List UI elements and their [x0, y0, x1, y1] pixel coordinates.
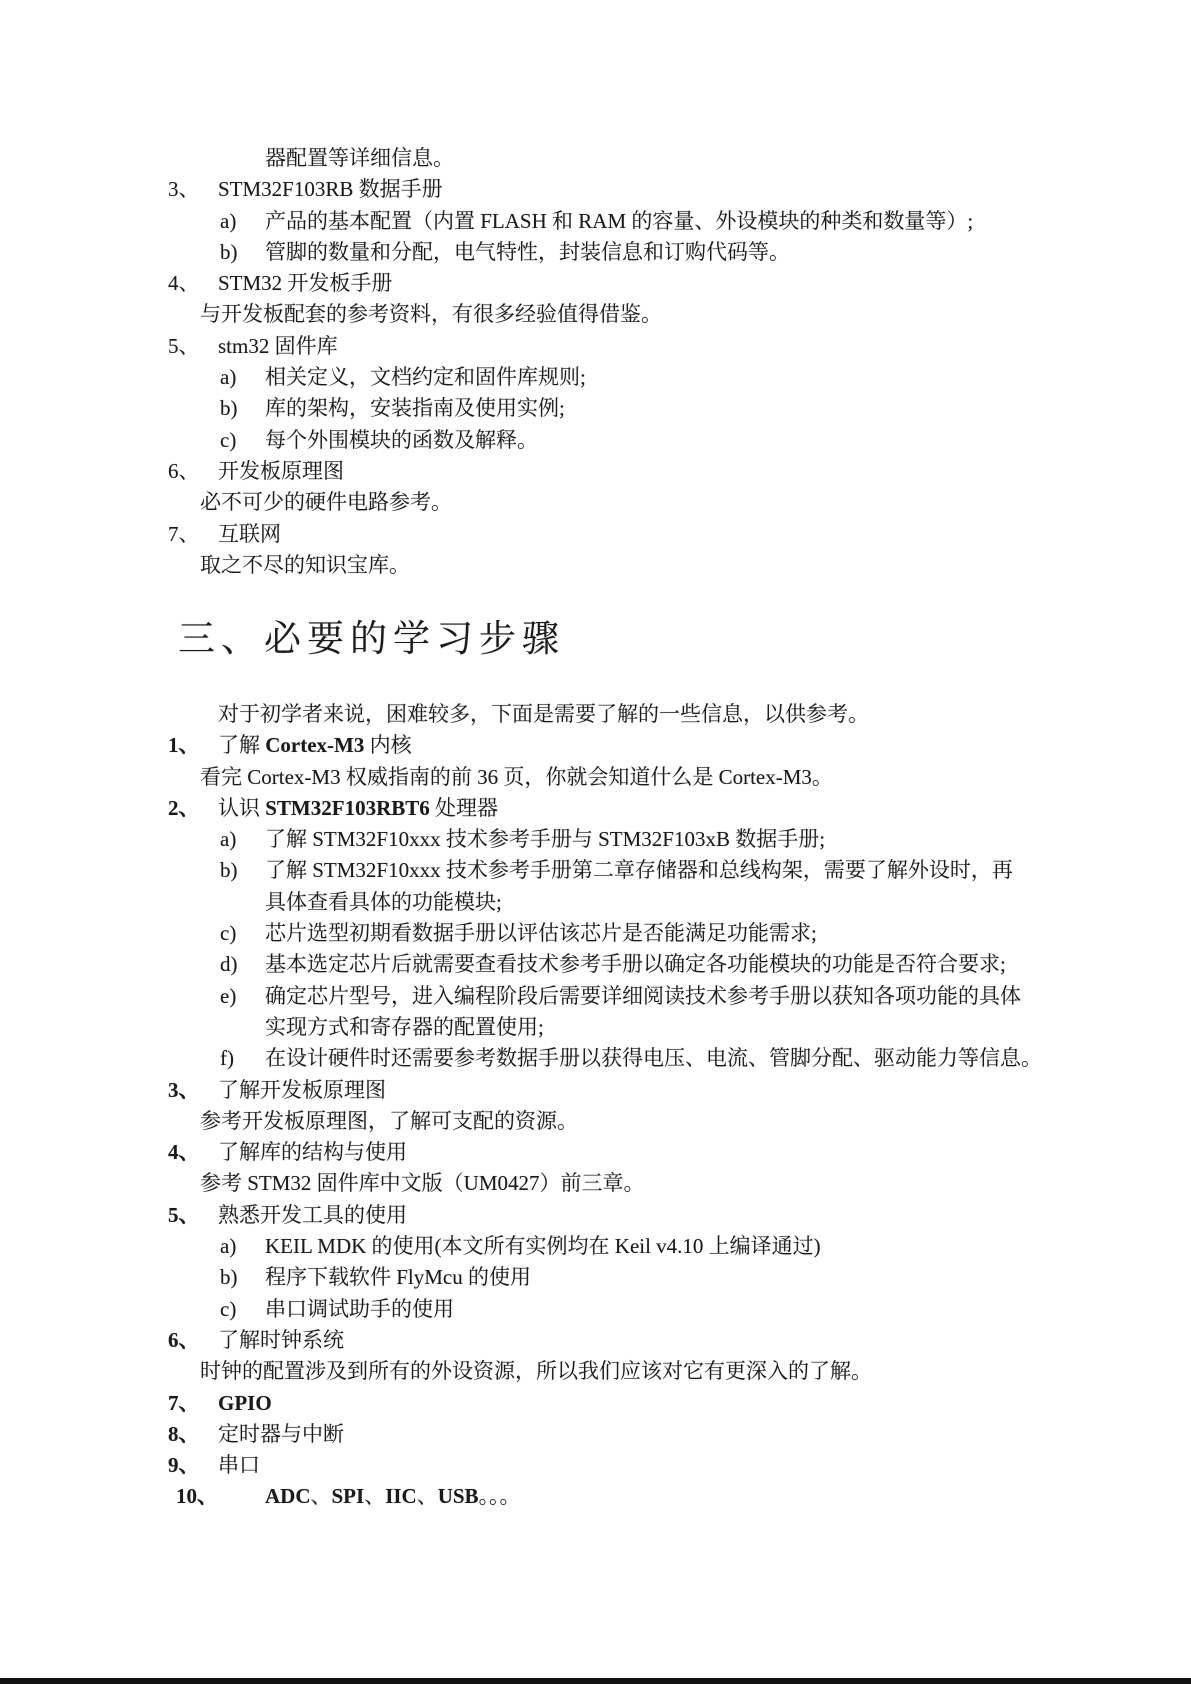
list-subitem: b)库的架构，安装指南及使用实例; — [168, 393, 1191, 424]
document-page: 器配置等详细信息。3、STM32F103RB 数据手册a)产品的基本配置（内置 … — [0, 0, 1191, 1685]
list-marker: 8、 — [168, 1419, 218, 1450]
list-marker: 1、 — [168, 730, 218, 761]
list-marker: 4、 — [168, 268, 218, 299]
text-segment: 内核 — [364, 733, 411, 757]
text-segment: 处理器 — [430, 796, 498, 820]
list-item: 8、定时器与中断 — [168, 1419, 1191, 1450]
page-bottom-bar — [0, 1678, 1191, 1684]
text-line: 必不可少的硬件电路参考。 — [168, 487, 1191, 518]
text-segment: 实现方式和寄存器的配置使用; — [265, 1015, 544, 1039]
list-subitem: a)了解 STM32F10xxx 技术参考手册与 STM32F103xB 数据手… — [168, 824, 1191, 855]
learning-steps-list: 对于初学者来说，困难较多，下面是需要了解的一些信息，以供参考。1、了解 Cort… — [168, 699, 1191, 1513]
list-marker: 6、 — [168, 1325, 218, 1356]
text-segment: 库的架构，安装指南及使用实例; — [265, 396, 565, 420]
text-segment: USB — [438, 1484, 479, 1508]
text-segment: 开发板原理图 — [218, 459, 344, 483]
text-segment: Cortex-M3 — [265, 733, 364, 757]
list-marker: a) — [220, 362, 265, 393]
text-segment: STM32F103RB 数据手册 — [218, 177, 443, 201]
text-segment: 了解库的结构与使用 — [218, 1140, 407, 1164]
list-marker: 6、 — [168, 456, 218, 487]
list-item: 4、了解库的结构与使用 — [168, 1137, 1191, 1168]
list-marker: c) — [220, 425, 265, 456]
list-marker: e) — [220, 981, 265, 1012]
list-marker: 4、 — [168, 1137, 218, 1168]
list-subitem: d)基本选定芯片后就需要查看技术参考手册以确定各功能模块的功能是否符合要求; — [168, 949, 1191, 980]
text-segment: 串口调试助手的使用 — [265, 1297, 454, 1321]
list-marker: 2、 — [168, 793, 218, 824]
list-subitem: b)程序下载软件 FlyMcu 的使用 — [168, 1262, 1191, 1293]
list-item: 5、熟悉开发工具的使用 — [168, 1200, 1191, 1231]
list-item: 1、了解 Cortex-M3 内核 — [168, 730, 1191, 761]
text-segment: 参考 STM32 固件库中文版（UM0427）前三章。 — [200, 1171, 645, 1195]
text-segment: 参考开发板原理图，了解可支配的资源。 — [200, 1109, 578, 1133]
text-line: 对于初学者来说，困难较多，下面是需要了解的一些信息，以供参考。 — [168, 699, 1191, 730]
text-segment: 每个外围模块的函数及解释。 — [265, 428, 538, 452]
list-subitem: a)产品的基本配置（内置 FLASH 和 RAM 的容量、外设模块的种类和数量等… — [168, 206, 1191, 237]
list-marker: b) — [220, 393, 265, 424]
text-line: 具体查看具体的功能模块; — [168, 887, 1191, 918]
text-line: 与开发板配套的参考资料，有很多经验值得借鉴。 — [168, 299, 1191, 330]
text-line: 时钟的配置涉及到所有的外设资源，所以我们应该对它有更深入的了解。 — [168, 1356, 1191, 1387]
list-marker: a) — [220, 824, 265, 855]
list-subitem: c)每个外围模块的函数及解释。 — [168, 425, 1191, 456]
text-segment: 了解 STM32F10xxx 技术参考手册与 STM32F103xB 数据手册; — [265, 827, 825, 851]
text-segment: 了解 STM32F10xxx 技术参考手册第二章存储器和总线构架，需要了解外设时… — [265, 858, 1013, 882]
text-segment: 与开发板配套的参考资料，有很多经验值得借鉴。 — [200, 302, 662, 326]
list-item: 4、STM32 开发板手册 — [168, 268, 1191, 299]
text-segment: ADC — [265, 1484, 311, 1508]
list-subitem: f)在设计硬件时还需要参考数据手册以获得电压、电流、管脚分配、驱动能力等信息。 — [168, 1043, 1191, 1074]
list-item: 3、了解开发板原理图 — [168, 1075, 1191, 1106]
text-line: 参考开发板原理图，了解可支配的资源。 — [168, 1106, 1191, 1137]
list-item: 2、认识 STM32F103RBT6 处理器 — [168, 793, 1191, 824]
text-segment: 认识 — [218, 796, 265, 820]
list-item: 7、互联网 — [168, 519, 1191, 550]
list-item: 5、stm32 固件库 — [168, 331, 1191, 362]
text-segment: 必不可少的硬件电路参考。 — [200, 490, 452, 514]
text-segment: 了解 — [218, 733, 265, 757]
text-segment: 确定芯片型号，进入编程阶段后需要详细阅读技术参考手册以获知各项功能的具体 — [265, 984, 1021, 1008]
list-marker: b) — [220, 855, 265, 886]
text-segment: IIC — [385, 1484, 417, 1508]
list-marker: b) — [220, 1262, 265, 1293]
list-item: 6、了解时钟系统 — [168, 1325, 1191, 1356]
text-segment: 管脚的数量和分配，电气特性，封装信息和订购代码等。 — [265, 240, 790, 264]
text-segment: 取之不尽的知识宝库。 — [200, 553, 410, 577]
list-marker: 7、 — [168, 1388, 218, 1419]
text-segment: 互联网 — [218, 522, 281, 546]
text-segment: 、 — [364, 1484, 385, 1508]
text-segment: 产品的基本配置（内置 FLASH 和 RAM 的容量、外设模块的种类和数量等）; — [265, 209, 973, 233]
list-subitem: c)串口调试助手的使用 — [168, 1294, 1191, 1325]
list-marker: 3、 — [168, 1075, 218, 1106]
reference-list-continued: 器配置等详细信息。3、STM32F103RB 数据手册a)产品的基本配置（内置 … — [168, 143, 1191, 581]
list-marker: a) — [220, 206, 265, 237]
text-segment: stm32 固件库 — [218, 334, 338, 358]
list-marker: c) — [220, 1294, 265, 1325]
text-segment: 串口 — [218, 1453, 260, 1477]
text-segment: 。。。 — [479, 1484, 521, 1508]
text-segment: 基本选定芯片后就需要查看技术参考手册以确定各功能模块的功能是否符合要求; — [265, 952, 1006, 976]
text-segment: 、 — [417, 1484, 438, 1508]
list-item: 10、ADC、SPI、IIC、USB。。。 — [168, 1481, 1191, 1512]
list-item: 7、GPIO — [168, 1388, 1191, 1419]
section-heading: 三、必要的学习步骤 — [178, 617, 565, 663]
list-marker: 5、 — [168, 331, 218, 362]
list-subitem: c)芯片选型初期看数据手册以评估该芯片是否能满足功能需求; — [168, 918, 1191, 949]
list-marker: 10、 — [176, 1481, 265, 1512]
list-item: 6、开发板原理图 — [168, 456, 1191, 487]
text-segment: 熟悉开发工具的使用 — [218, 1203, 407, 1227]
list-marker: 3、 — [168, 174, 218, 205]
text-line: 取之不尽的知识宝库。 — [168, 550, 1191, 581]
list-marker: 5、 — [168, 1200, 218, 1231]
text-segment: 器配置等详细信息。 — [265, 146, 454, 170]
text-segment: GPIO — [218, 1391, 272, 1415]
list-subitem: b)了解 STM32F10xxx 技术参考手册第二章存储器和总线构架，需要了解外… — [168, 855, 1191, 886]
text-segment: 芯片选型初期看数据手册以评估该芯片是否能满足功能需求; — [265, 921, 817, 945]
list-item: 9、串口 — [168, 1450, 1191, 1481]
list-subitem: e)确定芯片型号，进入编程阶段后需要详细阅读技术参考手册以获知各项功能的具体 — [168, 981, 1191, 1012]
text-line: 器配置等详细信息。 — [168, 143, 1191, 174]
text-segment: KEIL MDK 的使用(本文所有实例均在 Keil v4.10 上编译通过) — [265, 1234, 821, 1258]
list-marker: f) — [220, 1043, 265, 1074]
text-segment: 时钟的配置涉及到所有的外设资源，所以我们应该对它有更深入的了解。 — [200, 1359, 872, 1383]
list-subitem: a)相关定义，文档约定和固件库规则; — [168, 362, 1191, 393]
list-marker: 7、 — [168, 519, 218, 550]
text-line: 参考 STM32 固件库中文版（UM0427）前三章。 — [168, 1168, 1191, 1199]
text-line: 看完 Cortex-M3 权威指南的前 36 页，你就会知道什么是 Cortex… — [168, 762, 1191, 793]
text-segment: 在设计硬件时还需要参考数据手册以获得电压、电流、管脚分配、驱动能力等信息。 — [265, 1046, 1042, 1070]
text-line: 实现方式和寄存器的配置使用; — [168, 1012, 1191, 1043]
text-segment: 相关定义，文档约定和固件库规则; — [265, 365, 586, 389]
text-segment: 看完 Cortex-M3 权威指南的前 36 页，你就会知道什么是 Cortex… — [200, 765, 833, 789]
list-subitem: b)管脚的数量和分配，电气特性，封装信息和订购代码等。 — [168, 237, 1191, 268]
list-item: 3、STM32F103RB 数据手册 — [168, 174, 1191, 205]
list-marker: a) — [220, 1231, 265, 1262]
text-segment: STM32 开发板手册 — [218, 271, 392, 295]
text-segment: STM32F103RBT6 — [265, 796, 430, 820]
text-segment: SPI — [332, 1484, 365, 1508]
list-marker: b) — [220, 237, 265, 268]
text-segment: 程序下载软件 FlyMcu 的使用 — [265, 1265, 531, 1289]
text-segment: 具体查看具体的功能模块; — [265, 890, 502, 914]
text-segment: 、 — [311, 1484, 332, 1508]
list-subitem: a)KEIL MDK 的使用(本文所有实例均在 Keil v4.10 上编译通过… — [168, 1231, 1191, 1262]
text-segment: 了解开发板原理图 — [218, 1078, 386, 1102]
text-segment: 了解时钟系统 — [218, 1328, 344, 1352]
list-marker: 9、 — [168, 1450, 218, 1481]
text-segment: 定时器与中断 — [218, 1422, 344, 1446]
text-segment: 对于初学者来说，困难较多，下面是需要了解的一些信息，以供参考。 — [218, 702, 869, 726]
list-marker: d) — [220, 949, 265, 980]
list-marker: c) — [220, 918, 265, 949]
